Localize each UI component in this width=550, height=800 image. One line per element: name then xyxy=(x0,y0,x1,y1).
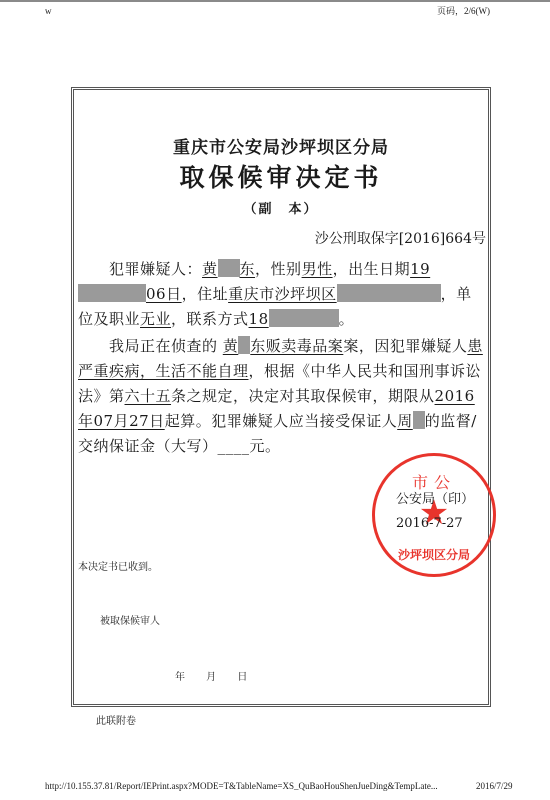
decision-paragraph: 我局正在侦查的 黄东贩卖毒品案案，因犯罪嫌疑人患严重疾病，生活不能自理，根据《中… xyxy=(78,334,485,459)
top-rule xyxy=(0,0,550,2)
print-footer-url: http://10.155.37.81/Report/IEPrint.aspx?… xyxy=(45,781,438,791)
suspect-occupation: 无业 xyxy=(140,310,171,328)
suspect-phone: 18 xyxy=(249,310,339,328)
print-footer-date: 2016/7/29 xyxy=(476,781,513,791)
print-header-left: w xyxy=(45,6,52,16)
redaction-box xyxy=(218,259,240,277)
suspect-address: 重庆市沙坪坝区 xyxy=(228,285,441,303)
case-name: 黄东贩卖毒品案 xyxy=(223,337,344,355)
bail-amount-blank: ____ xyxy=(218,437,250,455)
redaction-box xyxy=(337,284,441,302)
redaction-box xyxy=(269,309,339,327)
document-title: 取保候审决定书 xyxy=(71,158,491,194)
issuing-office: 公安局（印） xyxy=(396,488,474,507)
issue-date: 2016-7-27 xyxy=(396,516,463,531)
archive-note: 此联附卷 xyxy=(96,712,136,727)
document-number: 沙公刑取保字[2016]664号 xyxy=(315,228,486,248)
document-subtitle: （副 本） xyxy=(71,198,491,217)
redaction-box xyxy=(413,411,425,429)
suspect-gender: 男性 xyxy=(302,260,333,278)
organization-name: 重庆市公安局沙坪坝区分局 xyxy=(71,133,491,158)
seal-bottom-text: 沙坪坝区分局 xyxy=(375,546,493,563)
suspect-info-paragraph: 犯罪嫌疑人：黄东，性别男性，出生日期1906日，住址重庆市沙坪坝区，单位及职业无… xyxy=(78,257,485,332)
redaction-box xyxy=(238,336,250,354)
page-number: 页码，2/6(W) xyxy=(437,4,490,17)
guarantor-name: 周 xyxy=(397,412,425,430)
receipt-date-placeholder: 年 月 日 xyxy=(175,668,247,683)
suspect-name: 黄东 xyxy=(202,260,255,278)
law-article: 六十五 xyxy=(125,387,172,405)
bailee-signature-label: 被取保候审人 xyxy=(100,612,160,627)
official-seal: 市公 ★ 沙坪坝区分局 xyxy=(372,453,496,577)
receipt-statement: 本决定书已收到。 xyxy=(78,558,158,573)
redaction-box xyxy=(78,284,146,302)
label-suspect: 犯罪嫌疑人： xyxy=(109,260,202,278)
